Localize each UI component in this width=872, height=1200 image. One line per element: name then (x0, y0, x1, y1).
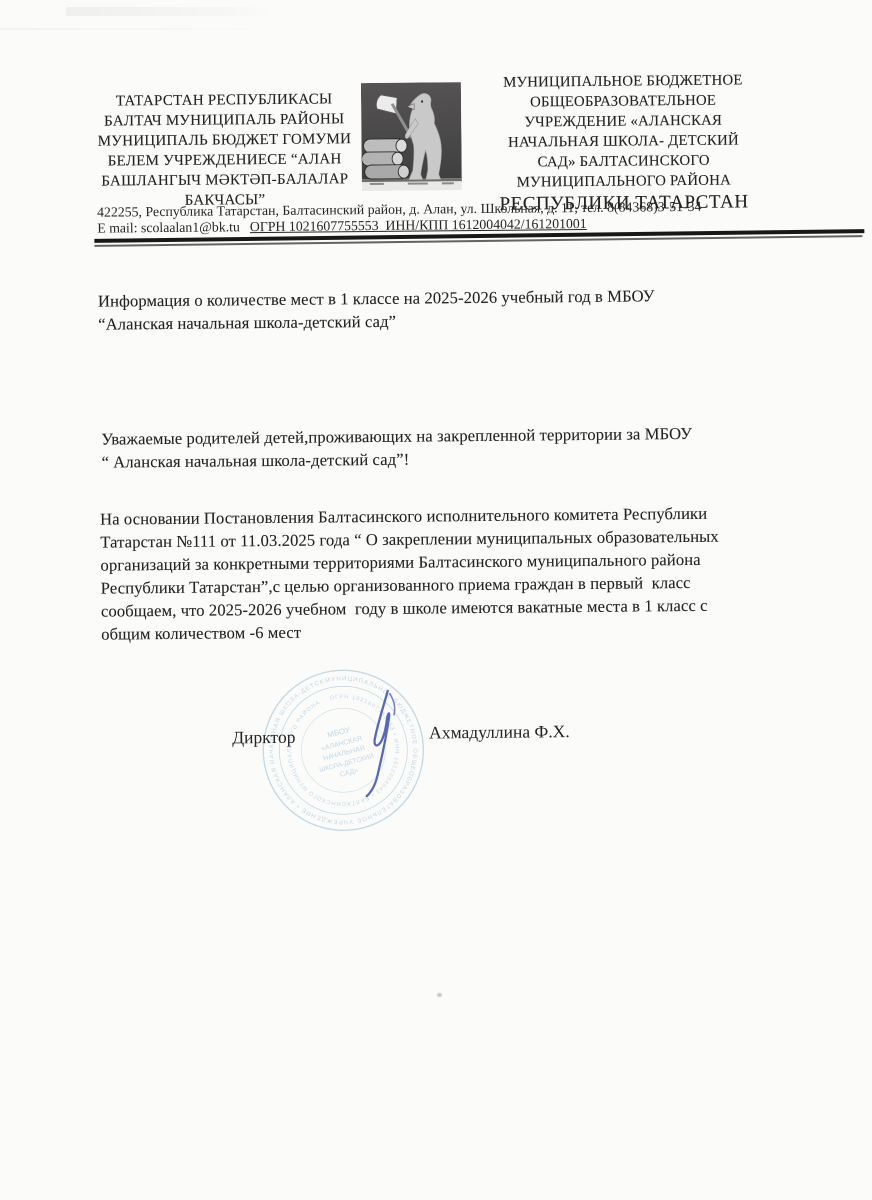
letterhead-tatar-name: ТАТАРСТАН РЕСПУБЛИКАСЫ БАЛТАЧ МУНИЦИПАЛЬ… (97, 89, 352, 211)
email-text: E mail: scolaalan1@bk.tu (97, 219, 240, 235)
stamp-center-line1: МБОУ (326, 725, 351, 740)
salutation-paragraph: Уважаемые родителей детей,проживающих на… (101, 421, 761, 473)
signer-name: Ахмадуллина Ф.Х. (429, 721, 570, 743)
bear-chopping-logs-emblem-icon (361, 82, 462, 191)
scanned-letter-page: ТАТАРСТАН РЕСПУБЛИКАСЫ БАЛТАЧ МУНИЦИПАЛЬ… (0, 0, 872, 1200)
info-heading: Информация о количестве мест в 1 классе … (98, 283, 758, 335)
letterhead-russian-name-text: МУНИЦИПАЛЬНОЕ БЮДЖЕТНОЕ ОБЩЕОБРАЗОВАТЕЛЬ… (503, 72, 743, 190)
letter-content: ТАТАРСТАН РЕСПУБЛИКАСЫ БАЛТАЧ МУНИЦИПАЛЬ… (0, 0, 872, 1200)
registration-numbers: ОГРН 1021607755553 ИНН/КПП 1612004042/16… (250, 216, 587, 234)
main-paragraph: На основании Постановления Балтасинского… (100, 501, 781, 646)
director-signature (353, 685, 416, 814)
letterhead-russian-name: МУНИЦИПАЛЬНОЕ БЮДЖЕТНОЕ ОБЩЕОБРАЗОВАТЕЛЬ… (478, 70, 769, 216)
signer-role-label: Дирктор (232, 727, 295, 749)
